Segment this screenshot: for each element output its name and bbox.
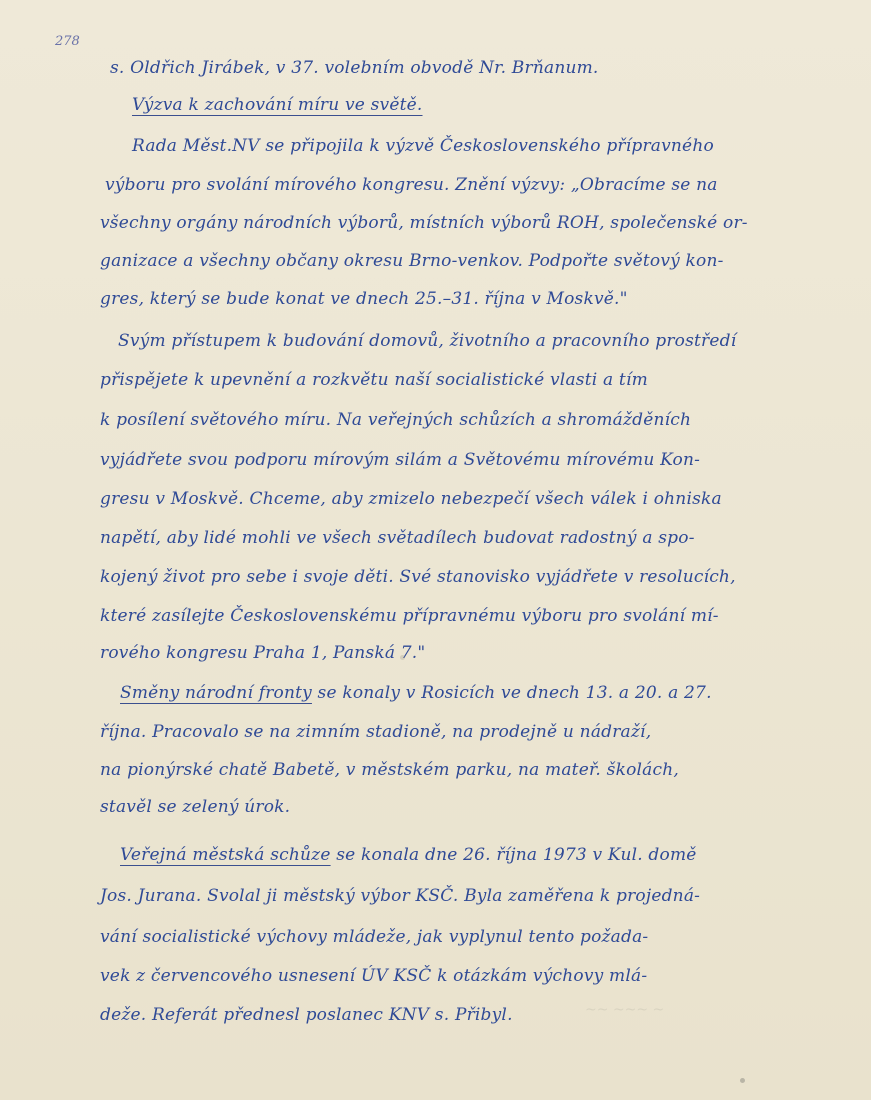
line-text: které zasílejte Československému příprav… (100, 606, 719, 626)
line-text: se konaly v Rosicích ve dnech 13. a 20. … (312, 683, 712, 703)
text-line: rového kongresu Praha 1, Panská 7." (100, 643, 425, 663)
line-text: ganizace a všechny občany okresu Brno-ve… (100, 251, 724, 271)
line-text: Rada Měst.NV se připojila k výzvě Českos… (132, 136, 714, 156)
text-line: stavěl se zelený úrok. (100, 797, 290, 817)
text-line: vek z červencového usnesení ÚV KSČ k otá… (100, 966, 647, 986)
line-text: všechny orgány národních výborů, místníc… (100, 213, 748, 233)
line-text: k posílení světového míru. Na veřejných … (100, 410, 691, 430)
text-line: napětí, aby lidé mohli ve všech světadíl… (100, 528, 695, 548)
line-underlined: Směny národní fronty (120, 683, 312, 703)
line-text: října. Pracovalo se na zimním stadioně, … (100, 722, 651, 742)
line-text: stavěl se zelený úrok. (100, 797, 290, 817)
line-underlined: Veřejná městská schůze (120, 845, 331, 865)
text-line: s. Oldřich Jirábek, v 37. volebním obvod… (110, 58, 599, 78)
line-text: rového kongresu Praha 1, Panská 7." (100, 643, 425, 663)
text-line: všechny orgány národních výborů, místníc… (100, 213, 748, 233)
text-line: gres, který se bude konat ve dnech 25.–3… (100, 289, 628, 309)
line-text: na pionýrské chatě Babetě, v městském pa… (100, 760, 679, 780)
line-text: s. Oldřich Jirábek, v 37. volebním obvod… (110, 58, 599, 78)
line-text: přispějete k upevnění a rozkvětu naší so… (100, 370, 648, 390)
text-line: gresu v Moskvě. Chceme, aby zmizelo nebe… (100, 489, 722, 509)
line-text: gres, který se bude konat ve dnech 25.–3… (100, 289, 628, 309)
line-text: kojený život pro sebe i svoje děti. Své … (100, 567, 736, 587)
line-text: gresu v Moskvě. Chceme, aby zmizelo nebe… (100, 489, 722, 509)
line-text: Svým přístupem k budování domovů, životn… (118, 331, 736, 351)
text-line: vání socialistické výchovy mládeže, jak … (100, 927, 648, 947)
text-line: kojený život pro sebe i svoje děti. Své … (100, 567, 736, 587)
section-heading: Výzva k zachování míru ve světě. (132, 95, 423, 115)
text-line: na pionýrské chatě Babetě, v městském pa… (100, 760, 679, 780)
line-text: deže. Referát přednesl poslanec KNV s. P… (100, 1005, 513, 1025)
text-line: ganizace a všechny občany okresu Brno-ve… (100, 251, 724, 271)
line-text: se konala dne 26. října 1973 v Kul. domě (331, 845, 697, 865)
text-line: Svým přístupem k budování domovů, životn… (118, 331, 736, 351)
heading-underlined: Výzva k zachování míru ve světě. (132, 95, 423, 115)
line-text: vání socialistické výchovy mládeže, jak … (100, 927, 648, 947)
paper-speck (740, 1078, 745, 1083)
paper-speck (400, 655, 405, 660)
line-text: Jos. Jurana. Svolal ji městský výbor KSČ… (100, 886, 700, 906)
text-line: které zasílejte Československému příprav… (100, 606, 719, 626)
text-line: deže. Referát přednesl poslanec KNV s. P… (100, 1005, 513, 1025)
text-line: Jos. Jurana. Svolal ji městský výbor KSČ… (100, 886, 700, 906)
line-text: vek z červencového usnesení ÚV KSČ k otá… (100, 966, 647, 986)
text-line: Veřejná městská schůze se konala dne 26.… (120, 845, 697, 865)
page-number: 278 (55, 34, 80, 49)
text-line: k posílení světového míru. Na veřejných … (100, 410, 691, 430)
line-text: vyjádřete svou podporu mírovým silám a S… (100, 450, 700, 470)
manuscript-page: 278 s. Oldřich Jirábek, v 37. volebním o… (0, 0, 871, 1100)
text-line: Rada Měst.NV se připojila k výzvě Českos… (132, 136, 714, 156)
text-line: výboru pro svolání mírového kongresu. Zn… (105, 175, 718, 195)
text-line: října. Pracovalo se na zimním stadioně, … (100, 722, 651, 742)
text-line: přispějete k upevnění a rozkvětu naší so… (100, 370, 648, 390)
text-line: Směny národní fronty se konaly v Rosicíc… (120, 683, 712, 703)
text-line: vyjádřete svou podporu mírovým silám a S… (100, 450, 700, 470)
line-text: výboru pro svolání mírového kongresu. Zn… (105, 175, 718, 195)
bleed-through-marks: ~~ ~~~ ~ (585, 1002, 664, 1018)
line-text: napětí, aby lidé mohli ve všech světadíl… (100, 528, 695, 548)
